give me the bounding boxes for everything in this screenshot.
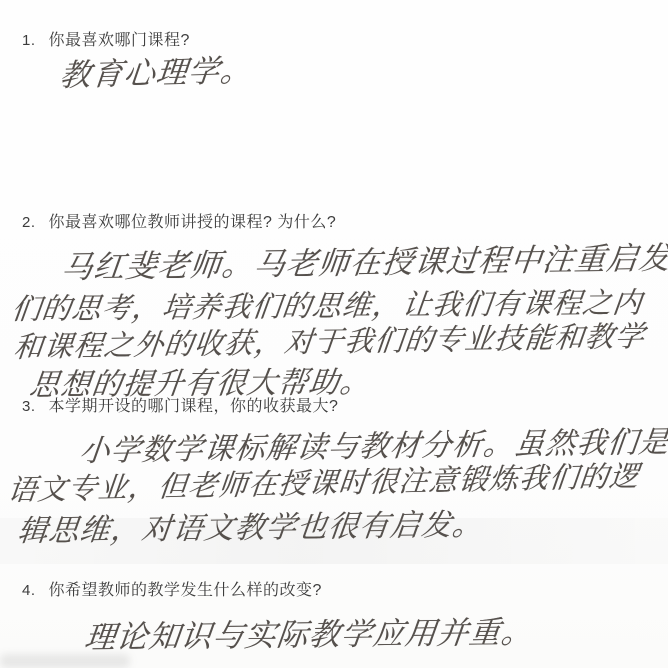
- answer-4-line-1: 理论知识与实际教学应用并重。: [83, 607, 537, 657]
- question-4: 4.你希望教师的教学发生什么样的改变?: [22, 577, 322, 600]
- question-3-text: 本学期开设的哪门课程，你的收获最大?: [49, 398, 339, 415]
- question-2-text: 你最喜欢哪位教师讲授的课程? 为什么?: [49, 214, 337, 231]
- question-4-text: 你希望教师的教学发生什么样的改变?: [49, 582, 322, 599]
- question-2: 2.你最喜欢哪位教师讲授的课程? 为什么?: [22, 209, 336, 232]
- question-1-number: 1.: [22, 32, 36, 49]
- question-3: 3.本学期开设的哪门课程，你的收获最大?: [22, 393, 338, 416]
- answer-3-line-3: 辑思维，对语文教学也很有启发。: [16, 500, 487, 550]
- answer-1-line-1: 教育心理学。: [58, 45, 255, 95]
- questionnaire-page: 1.你最喜欢哪门课程? 教育心理学。 2.你最喜欢哪位教师讲授的课程? 为什么?…: [0, 0, 668, 668]
- question-3-number: 3.: [22, 398, 36, 415]
- question-4-number: 4.: [22, 582, 36, 599]
- question-2-number: 2.: [22, 214, 36, 231]
- answer-2-line-1: 马红斐老师。马老师在授课过程中注重启发我: [60, 232, 668, 287]
